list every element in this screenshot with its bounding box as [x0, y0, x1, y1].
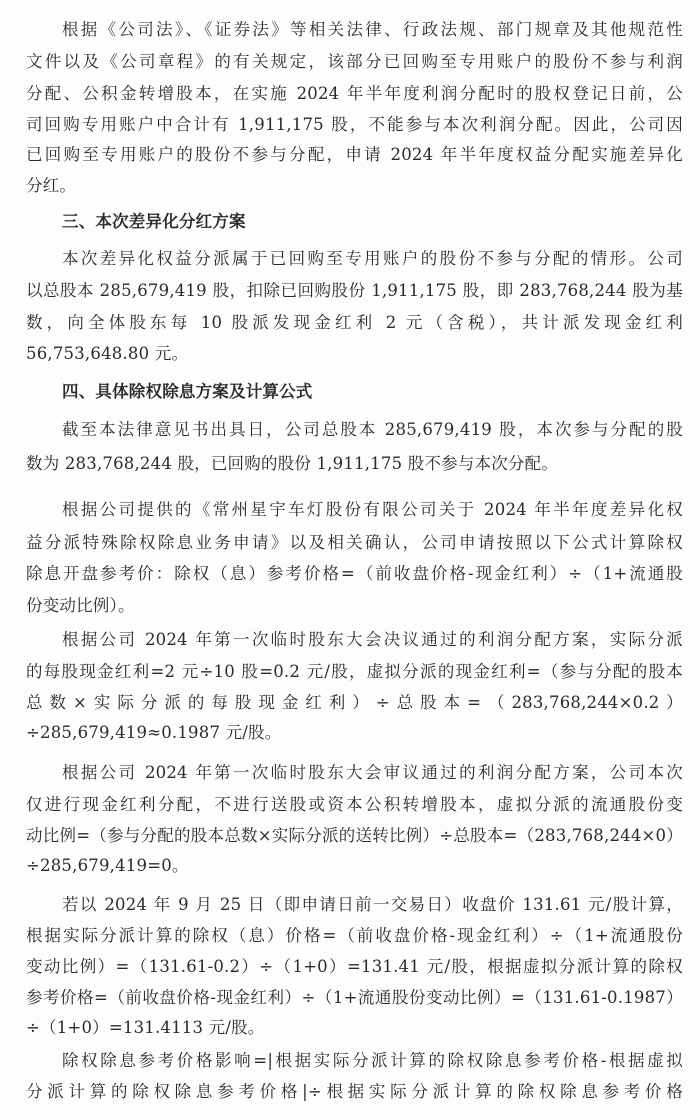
paragraph-line: 变动比例）=（131.61-0.2）÷（1+0）=131.41 元/股，根据虚拟…: [26, 952, 683, 982]
paragraph-line: 份变动比例）。: [26, 591, 683, 621]
paragraph-line: 56,753,648.80 元。: [26, 339, 683, 369]
paragraph-line: ÷285,679,419≈0.1987 元/股。: [26, 718, 683, 748]
heading-text: 三、本次差异化分红方案: [62, 207, 683, 237]
paragraph-line: 除权除息参考价格影响=|根据实际分派计算的除权除息参考价格-根据虚拟: [62, 1046, 683, 1076]
paragraph-line: 除息开盘参考价：除权（息）参考价格=（前收盘价格-现金红利）÷（1+流通股: [26, 559, 683, 589]
paragraph-line: ÷285,679,419=0。: [26, 851, 683, 881]
paragraph-line: 以总股本 285,679,419 股，扣除已回购股份 1,911,175 股，即…: [26, 276, 683, 306]
paragraph-line: 仅进行现金红利分配，不进行送股或资本公积转增股本，虚拟分派的流通股份变: [26, 790, 683, 820]
paragraph-line: 动比例=（参与分配的股本总数×实际分派的送转比例）÷总股本=（283,768,2…: [26, 821, 683, 851]
paragraph-line: 根据《公司法》、《证券法》等相关法律、行政法规、部门规章及其他规范性: [62, 15, 683, 45]
paragraph-line: 分配、公积金转增股本，在实施 2024 年半年度利润分配时的股权登记日前，公: [26, 79, 683, 109]
paragraph-line: 根据公司提供的《常州星宇车灯股份有限公司关于 2024 年半年度差异化权: [62, 495, 683, 525]
paragraph-line: 根据公司 2024 年第一次临时股东大会决议通过的利润分配方案，实际分派: [62, 625, 683, 655]
paragraph-line: 若以 2024 年 9 月 25 日（即申请日前一交易日）收盘价 131.61 …: [62, 890, 683, 920]
paragraph-line: 的每股现金红利=2 元÷10 股=0.2 元/股，虚拟分派的现金红利=（参与分配…: [26, 657, 683, 687]
paragraph-line: 总数×实际分派的每股现金红利）÷总股本=（283,768,244×0.2）: [26, 688, 683, 718]
paragraph-line: 司回购专用账户中合计有 1,911,175 股，不能参与本次利润分配。因此，公司…: [26, 110, 683, 140]
paragraph-line: ÷（1+0）=131.4113 元/股。: [26, 1013, 683, 1043]
heading-text: 四、具体除权除息方案及计算公式: [62, 377, 683, 407]
paragraph-line: 根据实际分派计算的除权（息）价格=（前收盘价格-现金红利）÷（1+流通股份: [26, 921, 683, 951]
paragraph-line: 文件以及《公司章程》的有关规定，该部分已回购至专用账户的股份不参与利润: [26, 47, 683, 77]
paragraph-line: 益分派特殊除权除息业务申请》以及相关确认，公司申请按照以下公式计算除权: [26, 528, 683, 558]
paragraph-line: 数，向全体股东每 10 股派发现金红利 2 元（含税），共计派发现金红利: [26, 308, 683, 338]
paragraph-line: 分派计算的除权除息参考价格|÷根据实际分派计算的除权除息参考价格: [26, 1077, 683, 1107]
paragraph-line: 已回购至专用账户的股份不参与分配，申请 2024 年半年度权益分配实施差异化: [26, 140, 683, 170]
paragraph-line: 本次差异化权益分派属于已回购至专用账户的股份不参与分配的情形。公司: [62, 244, 683, 274]
paragraph-line: 数为 283,768,244 股，已回购的股份 1,911,175 股不参与本次…: [26, 449, 683, 479]
paragraph-line: 参考价格=（前收盘价格-现金红利）÷（1+流通股份变动比例）=（131.61-0…: [26, 983, 683, 1013]
paragraph-line: 根据公司 2024 年第一次临时股东大会审议通过的利润分配方案，公司本次: [62, 758, 683, 788]
paragraph-line: 分红。: [26, 171, 683, 201]
paragraph-line: 截至本法律意见书出具日，公司总股本 285,679,419 股，本次参与分配的股: [62, 415, 683, 445]
document-page: 根据《公司法》、《证券法》等相关法律、行政法规、部门规章及其他规范性文件以及《公…: [0, 0, 700, 1115]
